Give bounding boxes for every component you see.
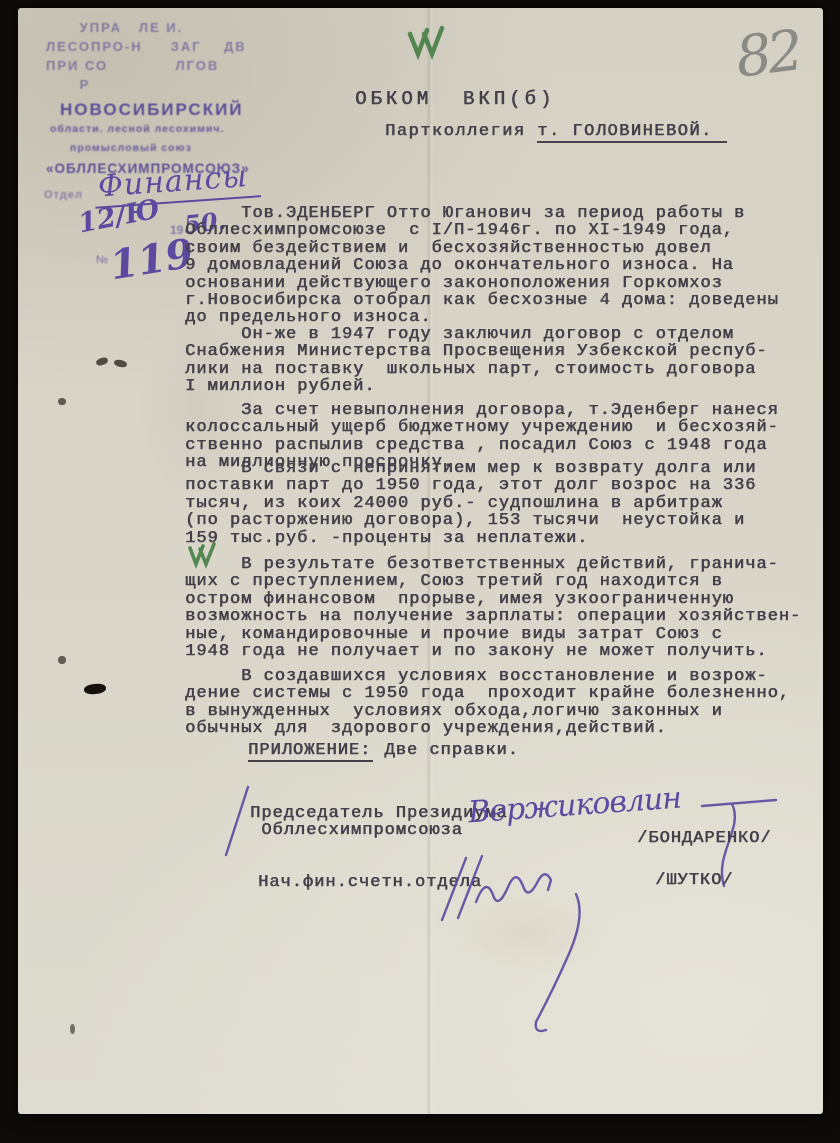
paper-tear: [58, 398, 66, 405]
paragraph-4: В связи с непринятием мер к возврату дол…: [185, 460, 810, 547]
signer2-signature-strokes: [426, 850, 646, 1035]
paper-tear: [70, 1024, 75, 1034]
attachment-line: ПРИЛОЖЕНИЕ: Две справки.: [248, 741, 519, 760]
letterhead-faded-stamp: УПРА ЛЕ И. ЛЕСОПРО-Н ЗАГ ДВ ПРИ СО ЛГОВ …: [46, 18, 247, 94]
paper-hole: [84, 683, 107, 695]
paper-tear: [58, 656, 66, 664]
paragraph-1: Тов.ЭДЕНБЕРГ Отто Юганович за период раб…: [185, 205, 810, 327]
ink-slash-mark: [220, 783, 254, 861]
attachment-text: Две справки.: [373, 741, 519, 760]
green-checkmark-icon: [404, 22, 450, 64]
scanned-document-page: { "page_number": "82", "letterhead": { "…: [0, 0, 840, 1143]
page-number: 82: [732, 18, 803, 90]
paper-tear: [113, 359, 127, 369]
recipient-org: ОБКОМ ВКП(б): [355, 88, 555, 110]
recipient-prefix: Партколлегия: [385, 122, 537, 141]
signer1-name: /БОНДАРЕНКО/: [637, 829, 771, 848]
letterhead-dept-label: Отдел: [44, 189, 83, 201]
signer1-signature: Вержиковлин: [467, 781, 682, 831]
recipient-name: т. ГОЛОВИНЕВОЙ.: [537, 122, 727, 143]
recipient-line: Партколлегия т. ГОЛОВИНЕВОЙ.: [385, 122, 727, 141]
attachment-label: ПРИЛОЖЕНИЕ:: [248, 741, 373, 762]
letterhead-org-line3: промысловый союз: [70, 142, 192, 154]
paper-tear: [95, 356, 109, 366]
signer2-name: /ШУТКО/: [655, 871, 733, 890]
handwritten-date: 12/Ю: [76, 193, 163, 239]
document-paper: УПРА ЛЕ И. ЛЕСОПРО-Н ЗАГ ДВ ПРИ СО ЛГОВ …: [18, 8, 823, 1114]
paragraph-5: В результате безответственных действий, …: [185, 556, 810, 660]
letterhead-org-name: НОВОСИБИРСКИЙ: [60, 100, 244, 120]
letterhead-org-line2: области. лесной лесохимич.: [50, 123, 224, 135]
handwritten-doc-number: 119: [107, 230, 197, 289]
letterhead-number-label: №: [96, 254, 108, 266]
paragraph-6: В создавшихся условиях восстановление и …: [185, 668, 810, 738]
paragraph-2: Он-же в 1947 году заключил договор с отд…: [185, 326, 810, 396]
